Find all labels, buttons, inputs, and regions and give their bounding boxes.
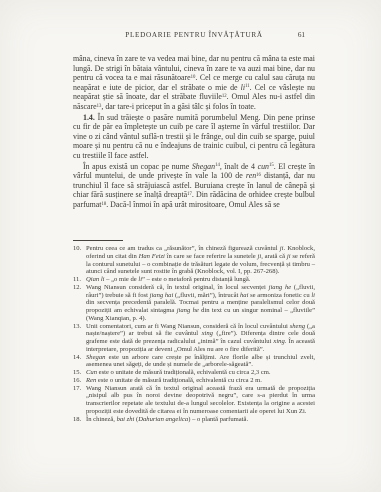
text-run: Unii comentatori, cum ar fi Wang Niansun… bbox=[86, 323, 290, 330]
footnote-ref: 14 bbox=[215, 163, 220, 168]
footnote-text: În chineză, bai zhi (Dahurian angelica) … bbox=[86, 416, 248, 423]
text-run: ren bbox=[246, 171, 256, 180]
text-run: sheng bbox=[290, 323, 305, 330]
footnote-text: Qian li – „o mie de li” – este o metafor… bbox=[86, 276, 250, 283]
footnote-12: 12.Wang Niansun consideră că, în textul … bbox=[73, 284, 315, 323]
text-run: este o unitate de măsură tradițională, e… bbox=[97, 369, 271, 376]
text-run: jiang he bbox=[177, 307, 199, 314]
text-run: În apus există un copac pe nume bbox=[83, 162, 192, 171]
text-run: Wang Niansun consideră că, în textul ori… bbox=[86, 284, 269, 291]
text-run: Shegan bbox=[192, 162, 215, 171]
page-number: 61 bbox=[298, 31, 305, 39]
footnote-ref: 18 bbox=[101, 202, 106, 207]
text-run: În chineză, bbox=[86, 416, 117, 423]
paragraph-continuation: mâna, cineva în zare te va vedea mai bin… bbox=[73, 54, 315, 112]
footnotes-section: 10.Pentru ceea ce am tradus ca „răsunăto… bbox=[73, 245, 315, 423]
text-run: Wang Niansun arată că în textul original… bbox=[86, 385, 315, 415]
footnote-10: 10.Pentru ceea ce am tradus ca „răsunăto… bbox=[73, 245, 315, 276]
footnote-17: 17.Wang Niansun arată că în textul origi… bbox=[73, 385, 315, 416]
text-run: în care se face referire la sunetele bbox=[165, 253, 258, 260]
footnote-ref: 17 bbox=[187, 192, 192, 197]
footnote-number: 13. bbox=[73, 323, 86, 331]
footnote-text: Cun este o unitate de măsură tradițional… bbox=[86, 369, 271, 376]
text-run: Pentru ceea ce am tradus ca „răsunător”,… bbox=[86, 245, 280, 252]
text-run: – „o mie de bbox=[105, 276, 139, 283]
text-run: li bbox=[311, 292, 315, 299]
text-run: Dahurian angelica bbox=[138, 416, 188, 423]
text-run: Han Feizi bbox=[139, 253, 165, 260]
footnote-number: 16. bbox=[73, 377, 86, 385]
paragraph-1-4: 1.4. În sud trăiește o pasăre numită por… bbox=[73, 113, 315, 161]
text-run: cun bbox=[258, 162, 269, 171]
footnote-text: Wang Niansun consideră că, în textul ori… bbox=[86, 284, 315, 322]
text-run: , arată că bbox=[261, 253, 287, 260]
footnote-text: Wang Niansun arată că în textul original… bbox=[86, 385, 315, 415]
footnote-number: 15. bbox=[73, 369, 86, 377]
text-run: se armoniza fonetic cu bbox=[248, 292, 311, 299]
footnote-ref: 12 bbox=[222, 94, 227, 99]
footnote-text: Unii comentatori, cum ar fi Wang Niansun… bbox=[86, 323, 315, 353]
text-run: jiang he bbox=[269, 284, 292, 291]
footnote-11: 11.Qian li – „o mie de li” – este o meta… bbox=[73, 276, 315, 284]
text-run: Ren bbox=[86, 377, 96, 384]
footnote-14: 14.Shegan este un arbore care crește pe … bbox=[73, 354, 315, 370]
footnote-ref: 13 bbox=[97, 104, 102, 109]
paragraph-shegan: În apus există un copac pe nume Shegan14… bbox=[73, 162, 315, 210]
text-run: Shegan bbox=[86, 354, 105, 361]
footnote-text: Shegan este un arbore care crește pe înă… bbox=[86, 354, 315, 369]
book-page: PLEDOARIE PENTRU ÎNVĂȚĂTURĂ 61 mâna, cin… bbox=[0, 0, 381, 492]
text-run: Cun bbox=[86, 369, 97, 376]
text-run: Qian li bbox=[86, 276, 105, 283]
running-header: PLEDOARIE PENTRU ÎNVĂȚĂTURĂ 61 bbox=[73, 31, 315, 41]
footnote-text: Ren este o unitate de măsură tradițional… bbox=[86, 377, 262, 384]
footnote-ref: 10 bbox=[191, 75, 196, 80]
footnote-number: 17. bbox=[73, 385, 86, 393]
footnote-number: 10. bbox=[73, 245, 86, 253]
text-run: ” – este o metaforă pentru distanță lung… bbox=[142, 276, 250, 283]
text-run: („fluvii, mări”), întrucât bbox=[173, 292, 240, 299]
footnote-separator bbox=[73, 240, 123, 241]
text-run: este o unitate de măsură tradițională, e… bbox=[96, 377, 262, 384]
text-run: ) – o plantă parfumată. bbox=[188, 416, 248, 423]
footnote-number: 14. bbox=[73, 354, 86, 362]
footnote-18: 18.În chineză, bai zhi (Dahurian angelic… bbox=[73, 416, 315, 424]
footnote-number: 12. bbox=[73, 284, 86, 292]
footnote-text: Pentru ceea ce am tradus ca „răsunător”,… bbox=[86, 245, 315, 275]
body-text: mâna, cineva în zare te va vedea mai bin… bbox=[73, 54, 315, 210]
text-run: jiang hai bbox=[150, 292, 174, 299]
footnote-ref: 16 bbox=[256, 173, 261, 178]
text-run: este un arbore care crește pe înălțimi. … bbox=[86, 354, 315, 369]
text-run: xing bbox=[202, 330, 213, 337]
footnote-15: 15.Cun este o unitate de măsură tradițio… bbox=[73, 369, 315, 377]
footnote-16: 16.Ren este o unitate de măsură tradițio… bbox=[73, 377, 315, 385]
text-run: , înalt de 4 bbox=[220, 162, 258, 171]
footnote-ref: 11 bbox=[245, 84, 250, 89]
footnote-ref: 15 bbox=[269, 163, 274, 168]
text-run: xing bbox=[273, 338, 284, 345]
footnote-number: 18. bbox=[73, 416, 86, 424]
header-title: PLEDOARIE PENTRU ÎNVĂȚĂTURĂ bbox=[125, 31, 263, 39]
text-run: În sud trăiește o pasăre numită porumbel… bbox=[73, 113, 315, 160]
footnote-13: 13.Unii comentatori, cum ar fi Wang Nian… bbox=[73, 323, 315, 354]
footnote-number: 11. bbox=[73, 276, 86, 284]
text-run: . Dacă-l înmoi în apă urât mirositoare, … bbox=[106, 200, 280, 209]
text-run: bai zhi bbox=[117, 416, 135, 423]
text-run: 1.4. bbox=[83, 113, 95, 122]
text-run: , dar tare-i priceput în a găsi tâlc și … bbox=[101, 102, 255, 111]
